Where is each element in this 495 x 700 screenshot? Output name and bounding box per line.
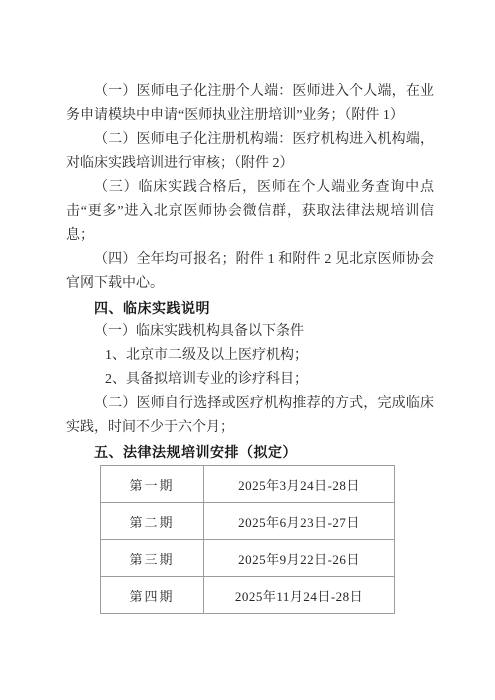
paragraph-practice-method: （二）医师自行选择或医疗机构推荐的方式，完成临床实践，时间不少于六个月；	[66, 392, 434, 440]
schedule-table-body: 第一期 2025年3月24日-28日 第二期 2025年6月23日-27日 第三…	[101, 466, 395, 614]
dates-cell: 2025年6月23日-27日	[204, 503, 395, 540]
dates-cell: 2025年11月24日-28日	[204, 577, 395, 614]
condition-item-2: 2、具备拟培训专业的诊疗科目；	[66, 368, 434, 392]
paragraph-item-1: （一）医师电子化注册个人端：医师进入个人端，在业务申请模块中申请“医师执业注册培…	[66, 80, 434, 128]
condition-item-1: 1、北京市二级及以上医疗机构；	[66, 344, 434, 368]
table-row: 第二期 2025年6月23日-27日	[101, 503, 395, 540]
period-cell: 第二期	[101, 503, 204, 540]
period-cell: 第一期	[101, 466, 204, 503]
table-row: 第四期 2025年11月24日-28日	[101, 577, 395, 614]
period-cell: 第四期	[101, 577, 204, 614]
table-row: 第三期 2025年9月22日-26日	[101, 540, 395, 577]
table-row: 第一期 2025年3月24日-28日	[101, 466, 395, 503]
paragraph-conditions-intro: （一）临床实践机构具备以下条件	[66, 320, 434, 344]
paragraph-item-2: （二）医师电子化注册机构端：医疗机构进入机构端，对临床实践培训进行审核；（附件 …	[66, 128, 434, 176]
period-cell: 第三期	[101, 540, 204, 577]
document-page: （一）医师电子化注册个人端：医师进入个人端，在业务申请模块中申请“医师执业注册培…	[0, 0, 495, 700]
paragraph-item-4: （四）全年均可报名；附件 1 和附件 2 见北京医师协会官网下载中心。	[66, 248, 434, 296]
schedule-table: 第一期 2025年3月24日-28日 第二期 2025年6月23日-27日 第三…	[100, 465, 395, 614]
paragraph-item-3: （三）临床实践合格后，医师在个人端业务查询中点击“更多”进入北京医师协会微信群，…	[66, 176, 434, 248]
dates-cell: 2025年3月24日-28日	[204, 466, 395, 503]
section-heading-clinical-practice: 四、临床实践说明	[66, 296, 434, 320]
document-content: （一）医师电子化注册个人端：医师进入个人端，在业务申请模块中申请“医师执业注册培…	[66, 80, 434, 614]
dates-cell: 2025年9月22日-26日	[204, 540, 395, 577]
section-heading-training-schedule: 五、法律法规培训安排（拟定）	[66, 440, 434, 464]
